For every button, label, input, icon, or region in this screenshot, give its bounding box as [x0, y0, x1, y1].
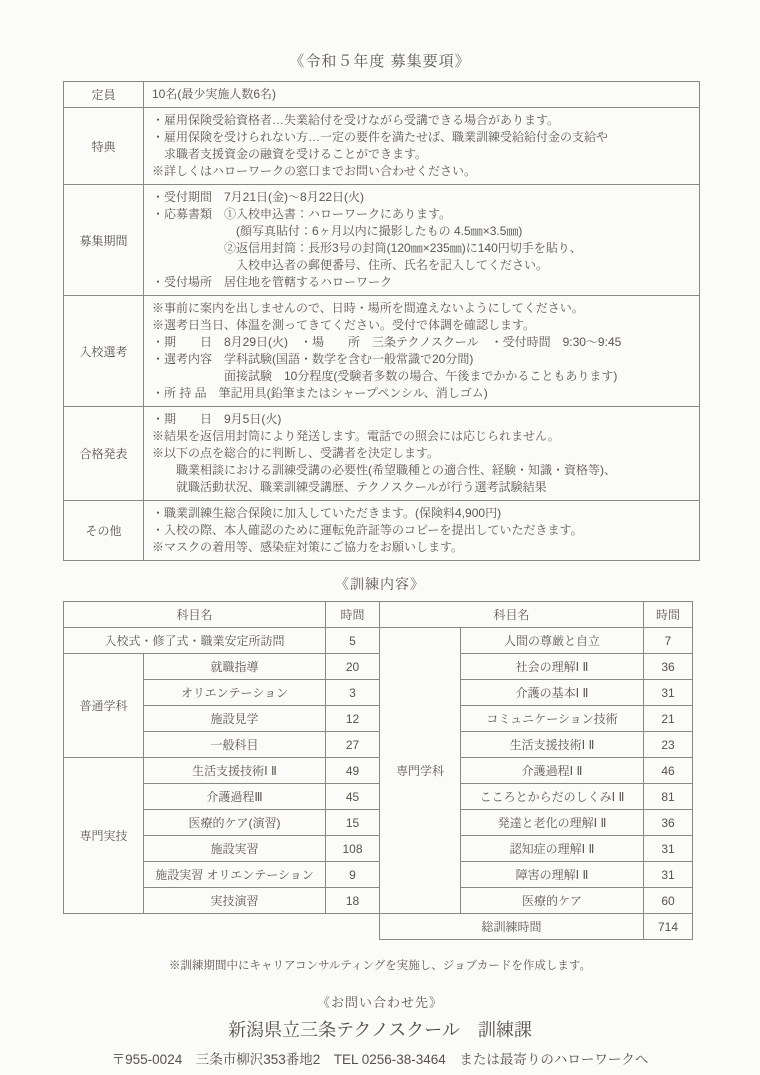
hours-cell: 21	[644, 706, 693, 732]
content-line: ・所 持 品 筆記用具(鉛筆またはシャープペンシル、消しゴム)	[152, 385, 691, 402]
content-line: ※マスクの着用等、感染症対策にご協力をお願いします。	[152, 539, 691, 556]
hours-cell: 27	[326, 732, 380, 758]
training-content-title: 《訓練内容》	[0, 574, 760, 594]
content-line: ・期 日 8月29日(火) ・場 所 三条テクノスクール ・受付時間 9:30～…	[152, 334, 691, 351]
hours-cell: 714	[644, 914, 693, 940]
content-line: ※選考日当日、体温を測ってきてください。受付で体調を確認します。	[152, 317, 691, 334]
curriculum-row: 普通学科就職指導20	[64, 654, 380, 680]
document-page: 《令和５年度 募集要項》 定員10名(最少実施人数6名)特典・雇用保険受給資格者…	[0, 0, 760, 1075]
content-line: 10名(最少実施人数6名)	[152, 86, 691, 103]
recruitment-row: 特典・雇用保険受給資格者…失業給付を受けながら受講できる場合があります。・雇用保…	[64, 108, 700, 185]
recruitment-row-content: ・職業訓練生総合保険に加入していただきます。(保険料4,900円)・入校の際、本…	[144, 501, 700, 561]
curriculum-row: 専門学科人間の尊厳と自立7	[380, 628, 693, 654]
subject-cell: コミュニケーション技術	[461, 706, 644, 732]
content-line: 入校申込者の郵便番号、住所、氏名を記入してください。	[152, 257, 691, 274]
recruitment-row-label: 入校選考	[64, 296, 144, 407]
hours-cell: 45	[326, 784, 380, 810]
content-line: 面接試験 10分程度(受験者多数の場合、午後までかかることもあります)	[152, 368, 691, 385]
group-label-cell: 専門実技	[64, 758, 144, 914]
recruitment-row: その他・職業訓練生総合保険に加入していただきます。(保険料4,900円)・入校の…	[64, 501, 700, 561]
subject-cell: 介護の基本Ⅰ Ⅱ	[461, 680, 644, 706]
hours-cell: 60	[644, 888, 693, 914]
subject-cell: 発達と老化の理解Ⅰ Ⅱ	[461, 810, 644, 836]
subject-cell: 総訓練時間	[380, 914, 644, 940]
hours-cell: 15	[326, 810, 380, 836]
content-line: ・受付期間 7月21日(金)～8月22日(火)	[152, 189, 691, 206]
recruitment-row: 定員10名(最少実施人数6名)	[64, 82, 700, 108]
group-label-cell: 普通学科	[64, 654, 144, 758]
hours-cell: 12	[326, 706, 380, 732]
curriculum-table-right: 科目名時間専門学科人間の尊厳と自立7社会の理解Ⅰ Ⅱ36介護の基本Ⅰ Ⅱ31コミ…	[379, 601, 693, 940]
subject-cell: 介護過程Ⅲ	[144, 784, 326, 810]
recruitment-row-content: 10名(最少実施人数6名)	[144, 82, 700, 108]
content-line: (顔写真貼付：6ヶ月以内に撮影したもの 4.5㎜×3.5㎜)	[152, 223, 691, 240]
hours-cell: 36	[644, 810, 693, 836]
subject-cell: 医療的ケア	[461, 888, 644, 914]
hours-cell: 31	[644, 836, 693, 862]
subject-cell: 認知症の理解Ⅰ Ⅱ	[461, 836, 644, 862]
content-line: ※詳しくはハローワークの窓口までお問い合わせください。	[152, 163, 691, 180]
hours-column-header: 時間	[644, 602, 693, 628]
recruitment-row-label: 募集期間	[64, 185, 144, 296]
subject-cell: 人間の尊厳と自立	[461, 628, 644, 654]
subject-cell: オリエンテーション	[144, 680, 326, 706]
contact-address-line: 〒955-0024 三条市柳沢353番地2 TEL 0256-38-3464 ま…	[0, 1048, 760, 1068]
recruitment-row: 入校選考※事前に案内を出しませんので、日時・場所を間違えないようにしてください。…	[64, 296, 700, 407]
hours-cell: 46	[644, 758, 693, 784]
content-line: ②返信用封筒：長形3号の封筒(120㎜×235㎜)に140円切手を貼り、	[152, 240, 691, 257]
subject-cell: 就職指導	[144, 654, 326, 680]
content-line: ・雇用保険受給資格者…失業給付を受けながら受講できる場合があります。	[152, 112, 691, 129]
content-line: ※以下の点を総合的に判断し、受講者を決定します。	[152, 445, 691, 462]
content-line: ・期 日 9月5日(火)	[152, 411, 691, 428]
hours-cell: 49	[326, 758, 380, 784]
curriculum-table-left: 科目名時間入校式・修了式・職業安定所訪問5普通学科就職指導20オリエンテーション…	[63, 601, 380, 914]
curriculum-header-row: 科目名時間	[380, 602, 693, 628]
subject-cell: こころとからだのしくみⅠ Ⅱ	[461, 784, 644, 810]
subject-cell: 施設見学	[144, 706, 326, 732]
group-label-cell: 専門学科	[380, 628, 461, 914]
recruitment-row-content: ・雇用保険受給資格者…失業給付を受けながら受講できる場合があります。・雇用保険を…	[144, 108, 700, 185]
subject-cell: 介護過程Ⅰ Ⅱ	[461, 758, 644, 784]
recruitment-row-content: ※事前に案内を出しませんので、日時・場所を間違えないようにしてください。※選考日…	[144, 296, 700, 407]
subject-column-header: 科目名	[64, 602, 326, 628]
content-line: ・雇用保険を受けられない方…一定の要件を満たせば、職業訓練受給給付金の支給や	[152, 129, 691, 146]
subject-cell: 施設実習 オリエンテーション	[144, 862, 326, 888]
content-line: ・入校の際、本人確認のために運転免許証等のコピーを提出していただきます。	[152, 522, 691, 539]
recruitment-row-label: 合格発表	[64, 407, 144, 501]
curriculum-header-row: 科目名時間	[64, 602, 380, 628]
content-line: ・応募書類 ①入校申込書：ハローワークにあります。	[152, 206, 691, 223]
career-consulting-note: ※訓練期間中にキャリアコンサルティングを実施し、ジョブカードを作成します。	[0, 957, 760, 973]
content-line: ※事前に案内を出しませんので、日時・場所を間違えないようにしてください。	[152, 300, 691, 317]
content-line: 求職者支援資金の融資を受けることができます。	[152, 146, 691, 163]
contact-organization-name: 新潟県立三条テクノスクール 訓練課	[0, 1016, 760, 1042]
recruitment-row-content: ・期 日 9月5日(火)※結果を返信用封筒により発送します。電話での照会には応じ…	[144, 407, 700, 501]
contact-section-title: 《お問い合わせ先》	[0, 992, 760, 1011]
hours-cell: 108	[326, 836, 380, 862]
subject-cell: 医療的ケア(演習)	[144, 810, 326, 836]
hours-cell: 18	[326, 888, 380, 914]
recruitment-table: 定員10名(最少実施人数6名)特典・雇用保険受給資格者…失業給付を受けながら受講…	[63, 81, 700, 561]
curriculum-row: 入校式・修了式・職業安定所訪問5	[64, 628, 380, 654]
subject-cell: 実技演習	[144, 888, 326, 914]
curriculum-row: 専門実技生活支援技術Ⅰ Ⅱ49	[64, 758, 380, 784]
hours-cell: 81	[644, 784, 693, 810]
content-line: 就職活動状況、職業訓練受講歴、テクノスクールが行う選考試験結果	[152, 479, 691, 496]
recruitment-row-content: ・受付期間 7月21日(金)～8月22日(火)・応募書類 ①入校申込書：ハローワ…	[144, 185, 700, 296]
hours-cell: 31	[644, 680, 693, 706]
hours-column-header: 時間	[326, 602, 380, 628]
subject-cell: 一般科目	[144, 732, 326, 758]
recruitment-row-label: 特典	[64, 108, 144, 185]
subject-cell: 社会の理解Ⅰ Ⅱ	[461, 654, 644, 680]
recruitment-row-label: 定員	[64, 82, 144, 108]
hours-cell: 9	[326, 862, 380, 888]
recruitment-row: 募集期間・受付期間 7月21日(金)～8月22日(火)・応募書類 ①入校申込書：…	[64, 185, 700, 296]
content-line: 職業相談における訓練受講の必要性(希望職種との適合性、経験・知識・資格等)、	[152, 462, 691, 479]
content-line: ・職業訓練生総合保険に加入していただきます。(保険料4,900円)	[152, 505, 691, 522]
content-line: ※結果を返信用封筒により発送します。電話での照会には応じられません。	[152, 428, 691, 445]
subject-cell: 施設実習	[144, 836, 326, 862]
subject-cell: 生活支援技術Ⅰ Ⅱ	[144, 758, 326, 784]
page-title: 《令和５年度 募集要項》	[0, 50, 760, 71]
hours-cell: 23	[644, 732, 693, 758]
recruitment-row: 合格発表・期 日 9月5日(火)※結果を返信用封筒により発送します。電話での照会…	[64, 407, 700, 501]
content-line: ・受付場所 居住地を管轄するハローワーク	[152, 274, 691, 291]
curriculum-row: 総訓練時間714	[380, 914, 693, 940]
subject-cell: 生活支援技術Ⅰ Ⅱ	[461, 732, 644, 758]
hours-cell: 5	[326, 628, 380, 654]
subject-cell: 障害の理解Ⅰ Ⅱ	[461, 862, 644, 888]
content-line: ・選考内容 学科試験(国語・数学を含む一般常識で20分間)	[152, 351, 691, 368]
hours-cell: 7	[644, 628, 693, 654]
subject-column-header: 科目名	[380, 602, 644, 628]
hours-cell: 36	[644, 654, 693, 680]
hours-cell: 31	[644, 862, 693, 888]
subject-cell: 入校式・修了式・職業安定所訪問	[64, 628, 326, 654]
hours-cell: 3	[326, 680, 380, 706]
hours-cell: 20	[326, 654, 380, 680]
recruitment-row-label: その他	[64, 501, 144, 561]
curriculum-tables: 科目名時間入校式・修了式・職業安定所訪問5普通学科就職指導20オリエンテーション…	[63, 601, 760, 940]
